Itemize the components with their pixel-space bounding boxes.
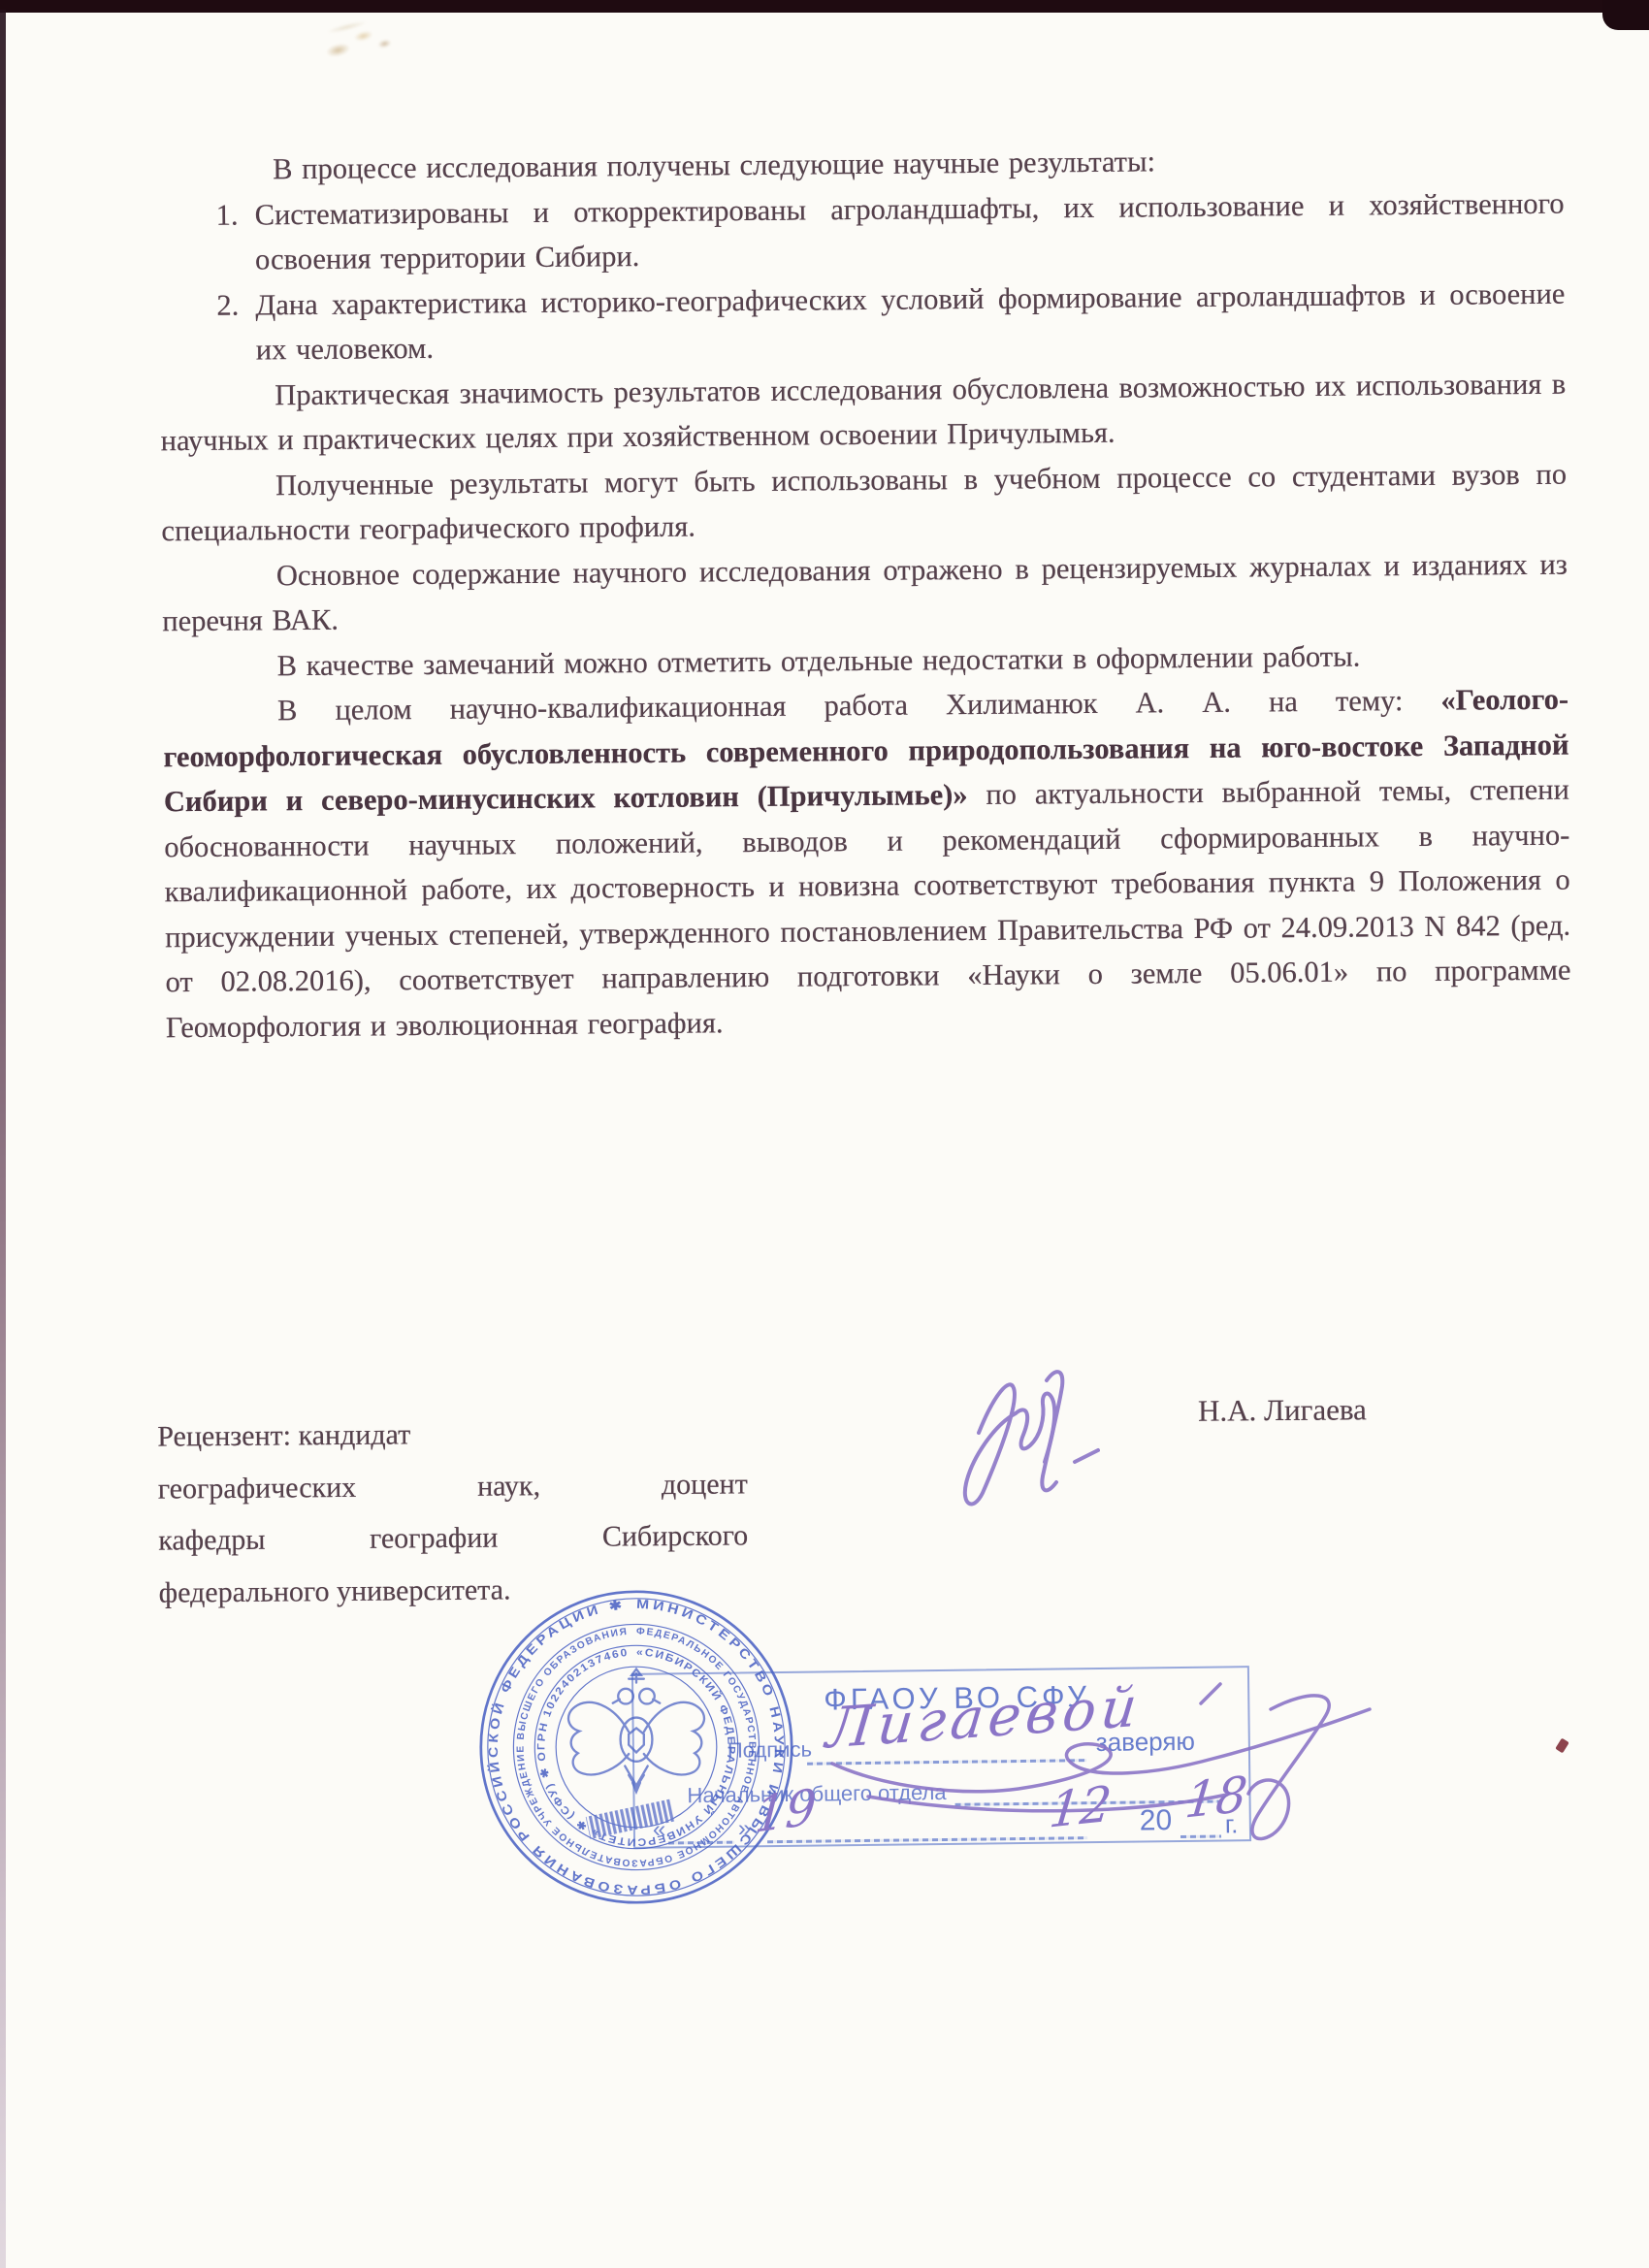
ink-fleck <box>1555 1738 1569 1754</box>
reviewer-name: Н.А. Лигаева <box>1198 1392 1367 1429</box>
reviewer-line: географических наук, доцент <box>158 1458 748 1515</box>
list-number: 2. <box>216 282 239 328</box>
day-line <box>668 1841 734 1845</box>
list-number: 1. <box>215 192 238 238</box>
body-paragraph: В целом научно-квалификационная работа Х… <box>163 677 1571 1051</box>
scanned-document-page: В процессе исследования получены следующ… <box>0 0 1649 2268</box>
officer-signature-scribble <box>815 1649 1436 1877</box>
conclusion-text-start: В целом научно-квалификационная работа Х… <box>277 684 1441 727</box>
body-paragraph: Полученные результаты могут быть использ… <box>161 451 1568 554</box>
reviewer-signature <box>946 1344 1169 1552</box>
list-text: Систематизированы и откорректированы агр… <box>254 186 1564 275</box>
stamp-sign-label: Подпись <box>727 1737 812 1764</box>
list-text: Дана характеристика историко-географичес… <box>255 276 1565 366</box>
scan-left-edge <box>0 10 6 2268</box>
day-quote-open: « <box>653 1816 666 1843</box>
paper-smudge <box>304 5 406 77</box>
scan-corner-mark <box>1602 0 1649 30</box>
day-quote-close: » <box>738 1815 752 1842</box>
document-body: В процессе исследования получены следующ… <box>158 136 1571 1051</box>
list-item: 1. Систематизированы и откорректированы … <box>158 180 1565 283</box>
reviewer-line: Рецензент: кандидат <box>157 1406 747 1463</box>
handwritten-day: 19 <box>753 1778 818 1844</box>
body-paragraph: Основное содержание научного исследовани… <box>162 541 1568 644</box>
scan-top-edge <box>0 0 1649 13</box>
list-item: 2. Дана характеристика историко-географи… <box>159 271 1566 373</box>
body-paragraph: Практическая значимость результатов иссл… <box>160 361 1567 464</box>
reviewer-line: кафедры географии Сибирского <box>158 1509 748 1567</box>
